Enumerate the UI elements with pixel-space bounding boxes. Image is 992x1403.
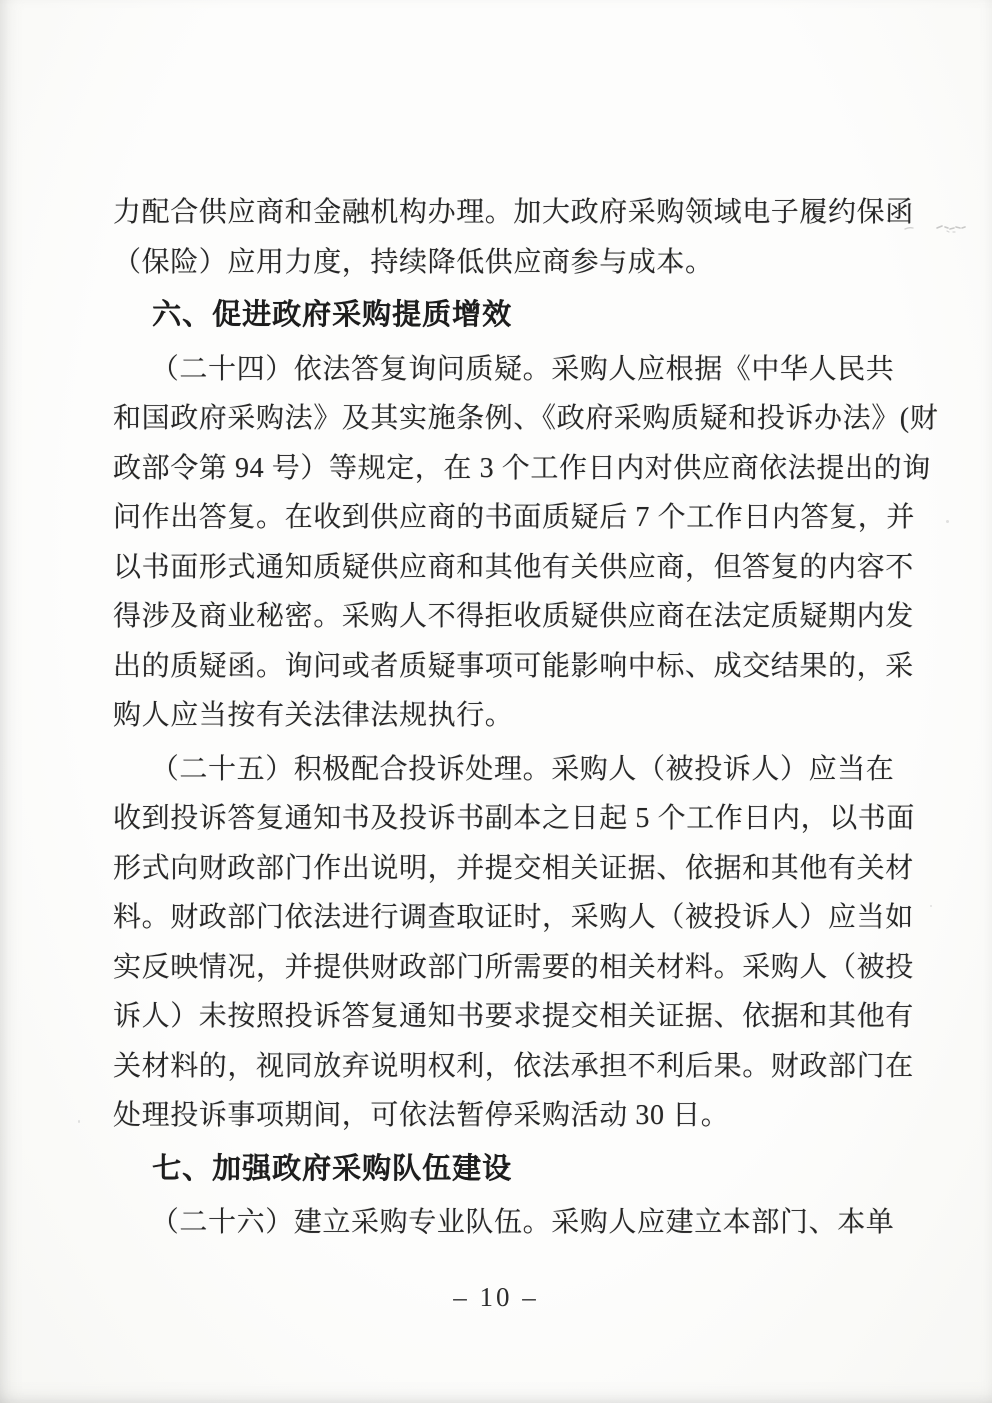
body-text-line: 和国政府采购法》及其实施条例、《政府采购质疑和投诉办法》(财 xyxy=(113,394,885,444)
body-text-line: 得涉及商业秘密。采购人不得拒收质疑供应商在法定质疑期内发 xyxy=(113,592,885,642)
scan-speck xyxy=(930,905,932,907)
body-text-line: 以书面形式通知质疑供应商和其他有关供应商，但答复的内容不 xyxy=(113,543,885,593)
body-text-line: （二十五）积极配合投诉处理。采购人（被投诉人）应当在 xyxy=(113,745,885,795)
body-text-line: 形式向财政部门作出说明，并提交相关证据、依据和其他有关材 xyxy=(113,844,885,894)
body-text-line: （保险）应用力度，持续降低供应商参与成本。 xyxy=(113,238,885,288)
body-text-line: 购人应当按有关法律法规执行。 xyxy=(113,691,885,741)
body-text-line: 力配合供应商和金融机构办理。加大政府采购领域电子履约保函 xyxy=(113,188,885,238)
scan-speck xyxy=(946,520,949,523)
body-text-line: 处理投诉事项期间，可依法暂停采购活动 30 日。 xyxy=(113,1091,885,1141)
section-heading-line: 六、促进政府采购提质增效 xyxy=(113,291,885,341)
section-heading-line: 七、加强政府采购队伍建设 xyxy=(113,1145,885,1195)
body-text-line: 实反映情况，并提供财政部门所需要的相关材料。采购人（被投 xyxy=(113,943,885,993)
scanned-document-page: 力配合供应商和金融机构办理。加大政府采购领域电子履约保函（保险）应用力度，持续降… xyxy=(0,0,992,1403)
document-body: 力配合供应商和金融机构办理。加大政府采购领域电子履约保函（保险）应用力度，持续降… xyxy=(113,188,885,1248)
body-text-line: 料。财政部门依法进行调查取证时，采购人（被投诉人）应当如 xyxy=(113,893,885,943)
body-text-line: 政部令第 94 号）等规定，在 3 个工作日内对供应商依法提出的询 xyxy=(113,444,885,494)
body-text-line: 收到投诉答复通知书及投诉书副本之日起 5 个工作日内，以书面 xyxy=(113,794,885,844)
body-text-line: 关材料的，视同放弃说明权利，依法承担不利后果。财政部门在 xyxy=(113,1042,885,1092)
body-text-line: （二十六）建立采购专业队伍。采购人应建立本部门、本单 xyxy=(113,1198,885,1248)
body-text-line: 诉人）未按照投诉答复通知书要求提交相关证据、依据和其他有 xyxy=(113,992,885,1042)
scan-speck xyxy=(78,1120,80,1123)
page-number: – 10 – xyxy=(0,1282,992,1313)
body-text-line: 出的质疑函。询问或者质疑事项可能影响中标、成交结果的，采 xyxy=(113,642,885,692)
body-text-line: 问作出答复。在收到供应商的书面质疑后 7 个工作日内答复，并 xyxy=(113,493,885,543)
body-text-line: （二十四）依法答复询问质疑。采购人应根据《中华人民共 xyxy=(113,345,885,395)
